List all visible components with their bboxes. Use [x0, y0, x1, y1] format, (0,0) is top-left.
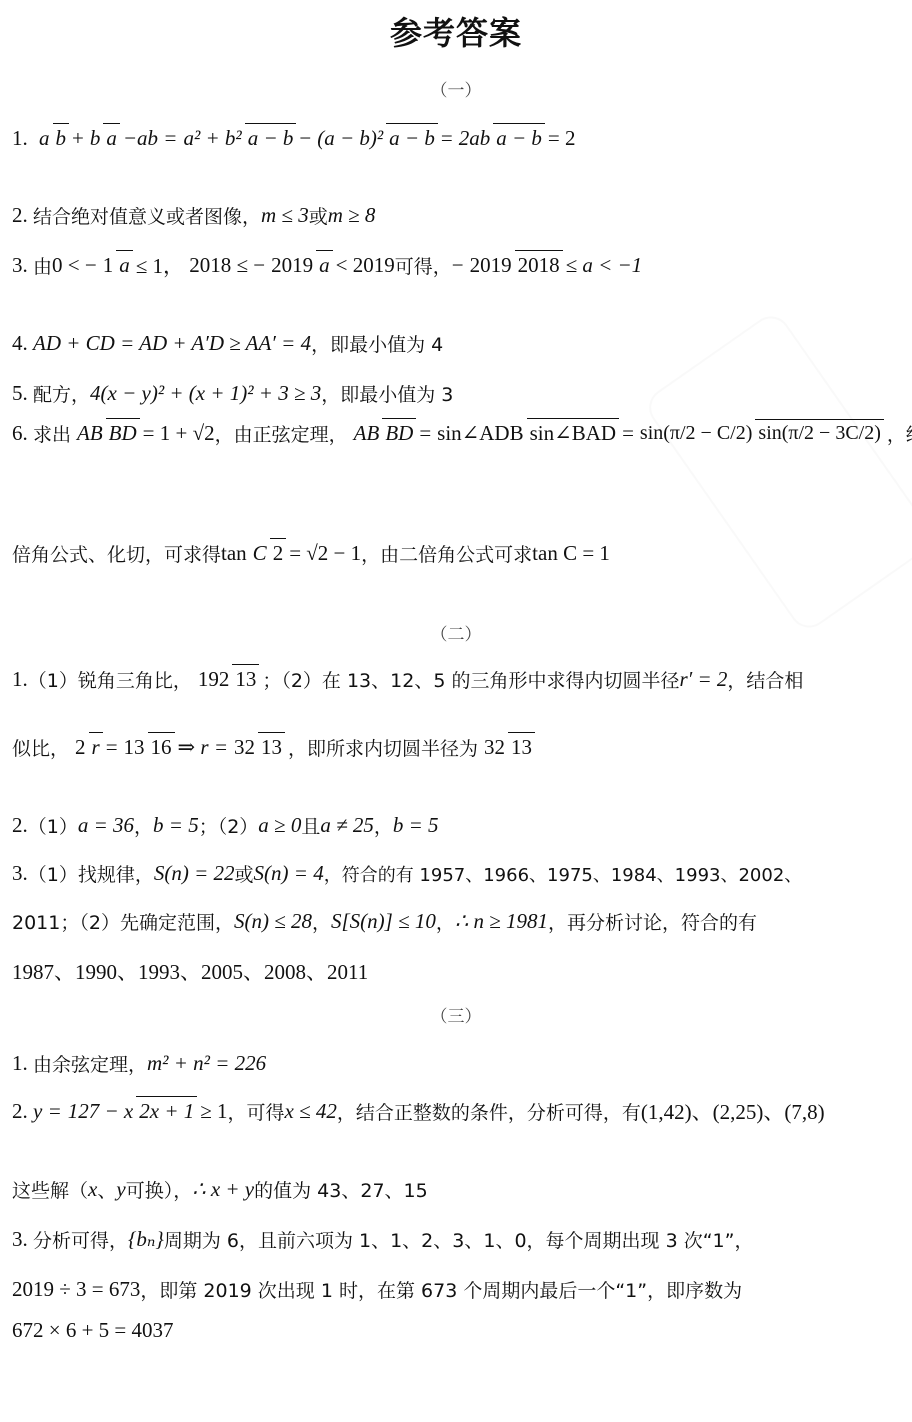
answer-3-1: 1. 由余弦定理， m² + n² = 226: [12, 1050, 266, 1077]
answer-2-3-cont2: 1987、1990、1993、2005、2008、2011: [12, 956, 368, 986]
answer-2-1-cont: 似比， 2r= 1316 ⇒ r = 3213 ，即所求内切圆半径为 3213: [12, 734, 538, 761]
answer-2-3-cont: 2011；（2）先确定范围， S(n) ≤ 28 ， S[S(n)] ≤ 10 …: [12, 908, 757, 935]
section-label-3: （三）: [0, 1002, 912, 1027]
fraction: 1a: [100, 254, 133, 276]
answer-1-4: 4. AD + CD = AD + A′D ≥ AA′ = 4 ，即最小值为 4: [12, 330, 443, 357]
watermark: [641, 309, 912, 636]
fraction: ABBD: [74, 422, 140, 444]
section-label-2: （二）: [0, 620, 912, 645]
fraction: 127 − x2x + 1: [65, 1100, 198, 1122]
answer-3-2: 2. y = 127 − x2x + 1 ≥ 1 ，可得 x ≤ 42 ，结合正…: [12, 1096, 825, 1126]
fraction: 1316: [121, 736, 175, 758]
fraction: 2r: [72, 736, 103, 758]
answer-1-3: 3. 由 0 < − 1a ≤ 1， 2018 ≤ − 2019a < 2019…: [12, 250, 642, 280]
answer-3-3: 3. 分析可得， {bₙ} 周期为 6，且前六项为 1、1、2、3、1、0，每个…: [12, 1226, 753, 1253]
fraction: sin∠ADBsin∠BAD: [434, 422, 619, 444]
answer-3-3-cont2: 672 × 6 + 5 = 4037: [12, 1318, 174, 1343]
answer-1-6: 6. 求出 ABBD = 1 + √2 ，由正弦定理， ABBD= sin∠AD…: [12, 420, 912, 447]
answer-1-1: 1. ab+ ba −ab = a² + b²a − b− (a − b)²a …: [12, 126, 575, 151]
fraction: 3213: [481, 736, 535, 758]
fraction: (a − b)²a − b: [314, 127, 438, 149]
fraction: 3213: [231, 736, 285, 758]
fraction: ABBD: [351, 422, 417, 444]
answer-3-2-cont: 这些解（ x 、 y 可换）， ∴ x + y 的值为 43、27、15: [12, 1176, 428, 1203]
answer-2-2: 2. （1） a = 36 ， b = 5 ；（2） a ≥ 0 且 a ≠ 2…: [12, 812, 439, 839]
fraction: ab: [36, 127, 69, 149]
answer-1-6-cont: 倍角公式、化切，可求得 tan C2 = √2 − 1 ，由二倍角公式可求 ta…: [12, 540, 610, 567]
fraction: 19213: [195, 668, 260, 690]
section-label-1: （一）: [0, 76, 912, 101]
answer-2-1: 1. （1）锐角三角比， 19213 ；（2）在 13、12、5 的三角形中求得…: [12, 666, 803, 693]
fraction: a² + b²a − b: [180, 127, 296, 149]
answer-1-2: 2. 结合绝对值意义或者图像， m ≤ 3 或 m ≥ 8: [12, 202, 375, 229]
fraction: 2aba − b: [456, 127, 545, 149]
fraction: 2019a: [268, 254, 333, 276]
answer-2-3: 3. （1）找规律， S(n) = 22 或 S(n) = 4 ，符合的有 19…: [12, 860, 802, 887]
fraction: C2: [250, 542, 287, 564]
page-title: 参考答案: [0, 8, 912, 54]
answer-1-5: 5. 配方， 4(x − y)² + (x + 1)² + 3 ≥ 3 ，即最小…: [12, 380, 453, 407]
answer-3-3-cont: 2019 ÷ 3 = 673 ，即第 2019 次出现 1 时，在第 673 个…: [12, 1276, 742, 1303]
item-number: 1.: [12, 126, 28, 151]
fraction: ba: [87, 127, 120, 149]
fraction: sin(π/2 − C/2)sin(π/2 − 3C/2): [637, 423, 884, 444]
fraction: 20192018: [467, 254, 563, 276]
